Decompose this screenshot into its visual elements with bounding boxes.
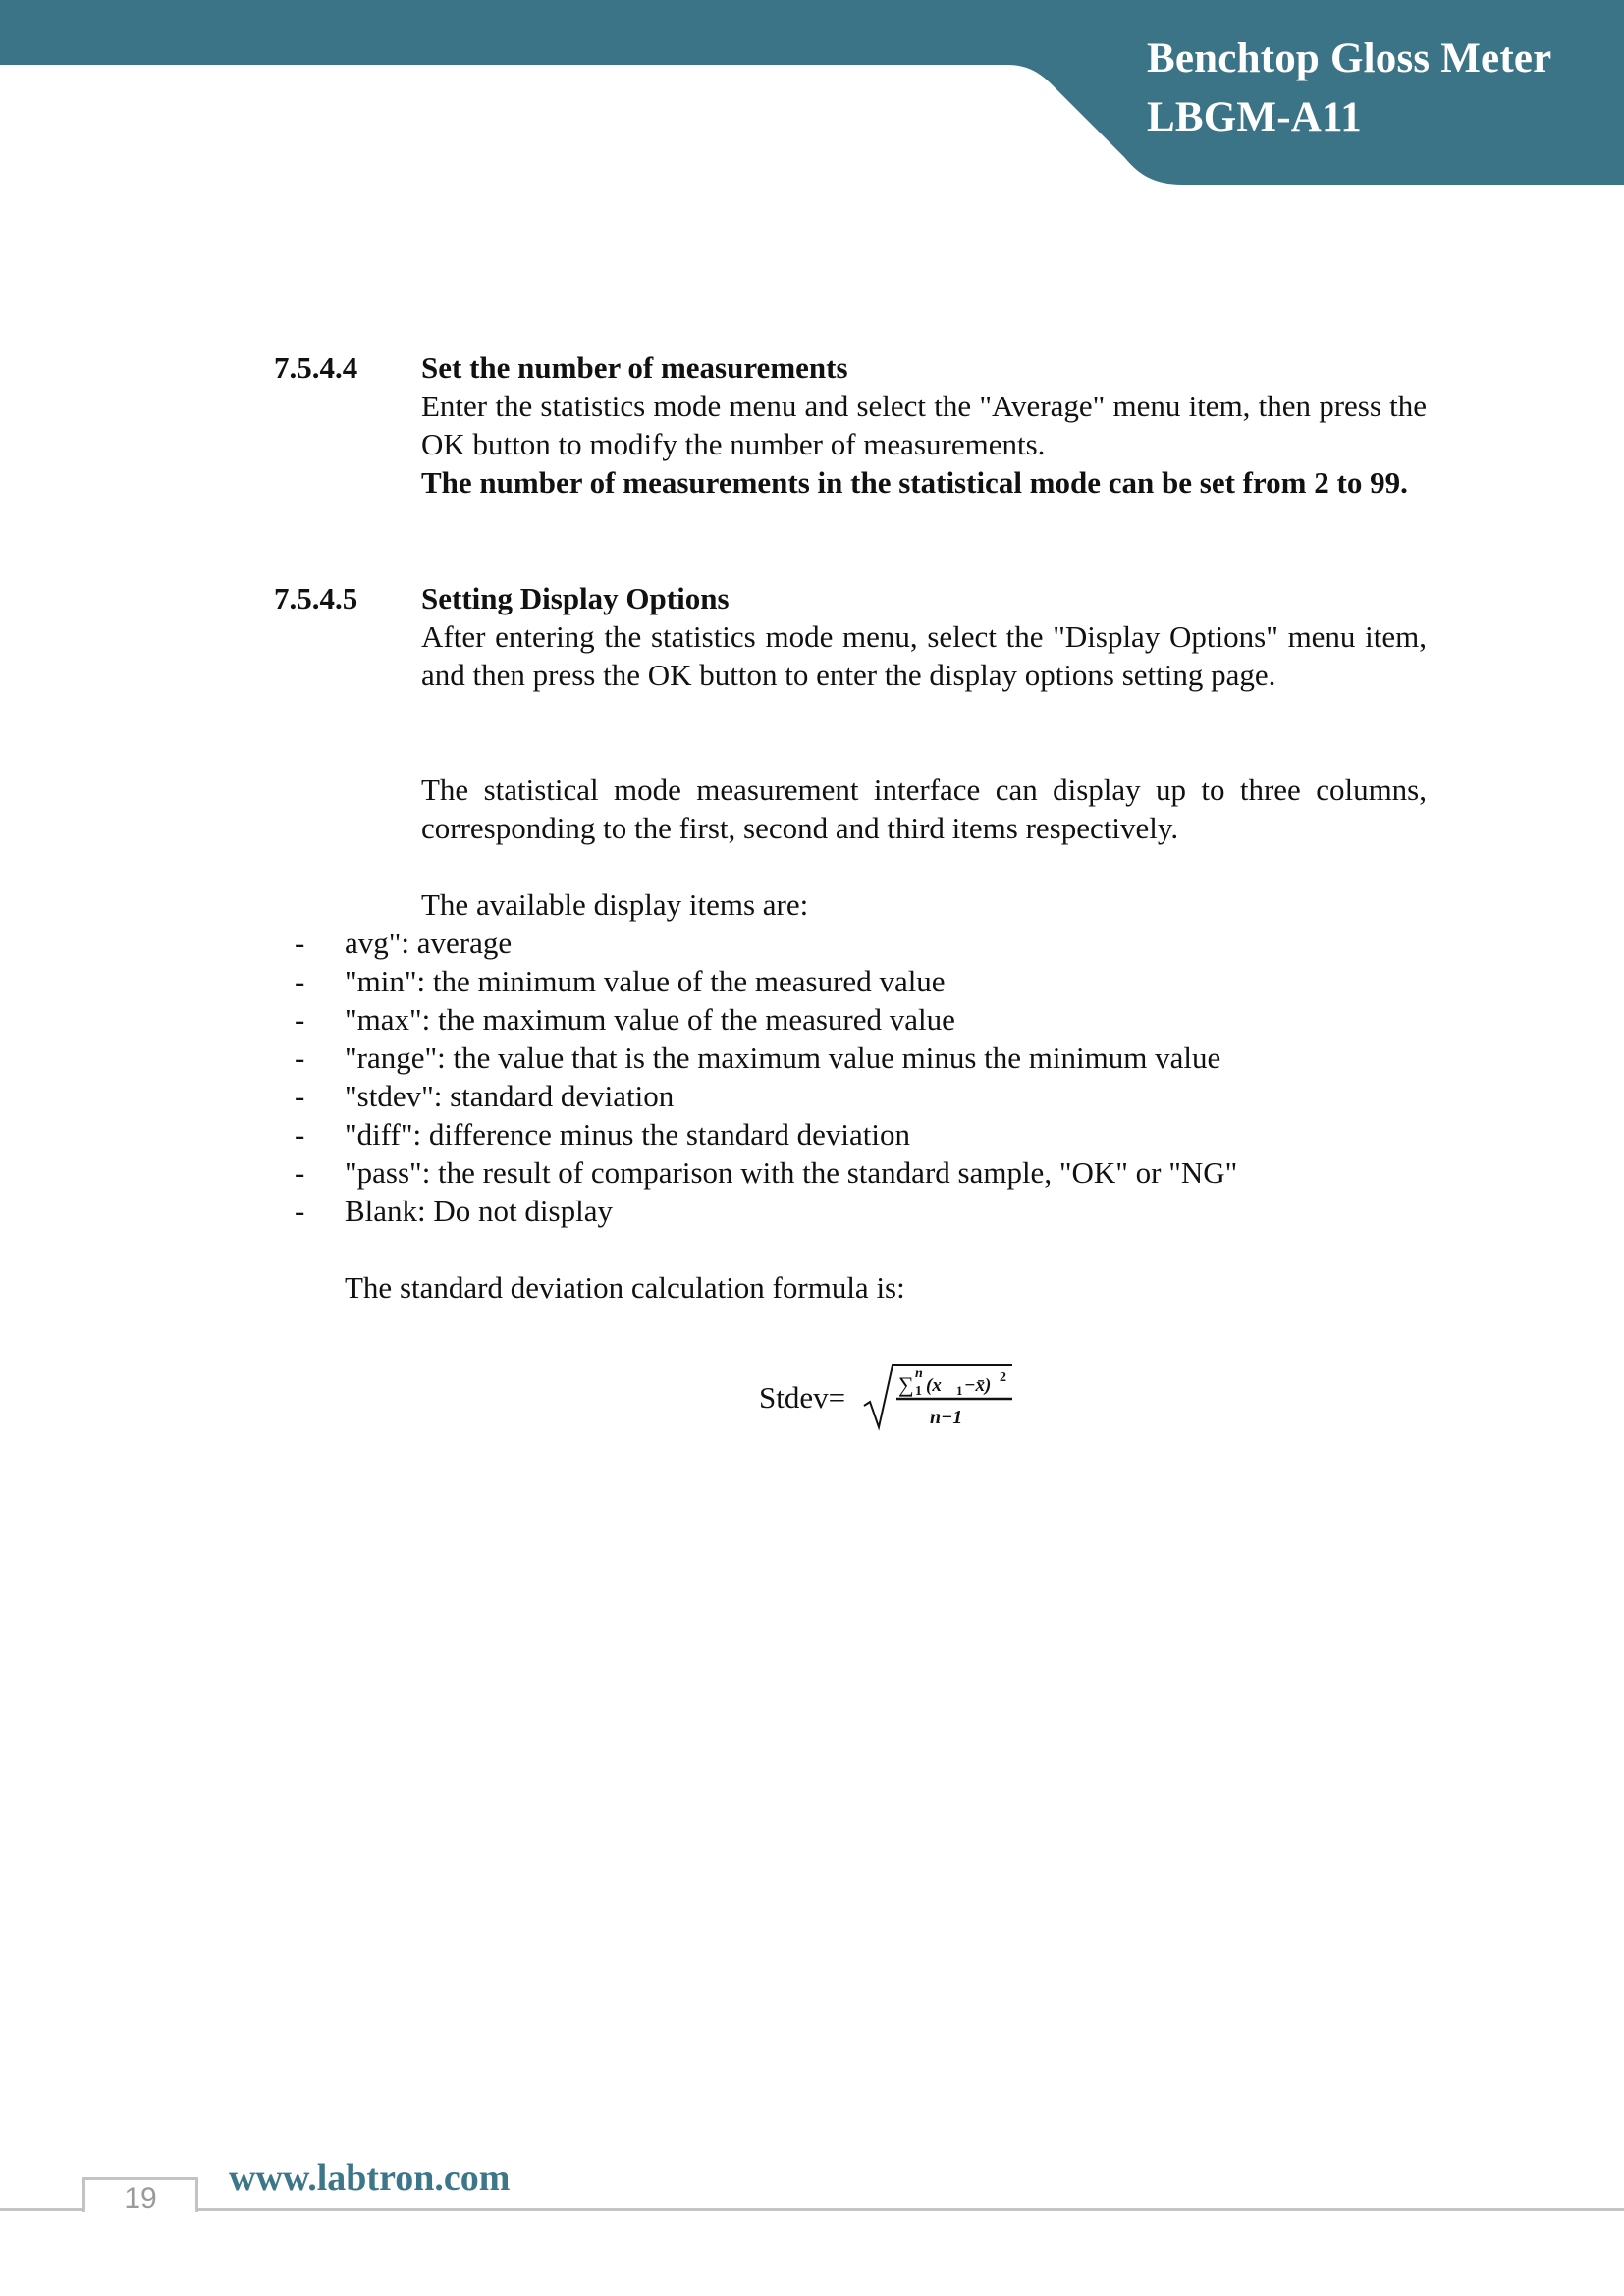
page-number-tab: 19 [82, 2177, 198, 2212]
svg-text:2: 2 [1000, 1370, 1006, 1385]
list-item: "min": the minimum value of the measured… [345, 962, 946, 1000]
section-heading: Setting Display Options [421, 579, 730, 617]
section-heading: Set the number of measurements [421, 348, 848, 387]
website-link[interactable]: www.labtron.com [229, 2156, 510, 2201]
list-item: "range": the value that is the maximum v… [345, 1039, 1220, 1077]
model-number: LBGM-A11 [1147, 88, 1551, 147]
list-item: "diff": difference minus the standard de… [345, 1115, 910, 1153]
square-root-fraction: ∑ n 1 (x 1 −x̄) 2 n−1 [861, 1362, 1018, 1433]
section-paragraph: After entering the statistics mode menu,… [421, 617, 1427, 694]
svg-text:∑: ∑ [898, 1372, 914, 1397]
section-number: 7.5.4.4 [274, 348, 357, 387]
section-paragraph: Enter the statistics mode menu and selec… [421, 387, 1427, 463]
bullet-marker: - [295, 962, 304, 1000]
bullet-marker: - [295, 1192, 304, 1230]
formula-label: Stdev= [759, 1378, 845, 1416]
formula-intro: The standard deviation calculation formu… [345, 1268, 905, 1307]
list-item: "max": the maximum value of the measured… [345, 1000, 955, 1039]
section-number: 7.5.4.5 [274, 579, 357, 617]
bullet-marker: - [295, 1039, 304, 1077]
list-item: "stdev": standard deviation [345, 1077, 674, 1115]
footer-rule [0, 2208, 1624, 2211]
list-item: Blank: Do not display [345, 1192, 613, 1230]
product-name: Benchtop Gloss Meter [1147, 29, 1551, 88]
svg-text:−x̄): −x̄) [964, 1375, 991, 1396]
list-item: avg": average [345, 924, 512, 962]
bullet-marker: - [295, 1077, 304, 1115]
bullet-marker: - [295, 1115, 304, 1153]
document-title: Benchtop Gloss Meter LBGM-A11 [1147, 29, 1551, 147]
bullet-marker: - [295, 1000, 304, 1039]
section-note: The number of measurements in the statis… [421, 463, 1427, 502]
svg-text:n: n [915, 1366, 923, 1381]
svg-text:n−1: n−1 [930, 1407, 962, 1428]
page-number: 19 [85, 2184, 195, 2214]
svg-text:(x: (x [926, 1375, 942, 1396]
svg-text:1: 1 [915, 1384, 922, 1399]
section-paragraph: The statistical mode measurement interfa… [421, 771, 1427, 847]
list-item: "pass": the result of comparison with th… [345, 1153, 1237, 1192]
bullet-marker: - [295, 924, 304, 962]
bullet-marker: - [295, 1153, 304, 1192]
items-intro: The available display items are: [421, 885, 808, 924]
svg-text:1: 1 [956, 1383, 963, 1398]
